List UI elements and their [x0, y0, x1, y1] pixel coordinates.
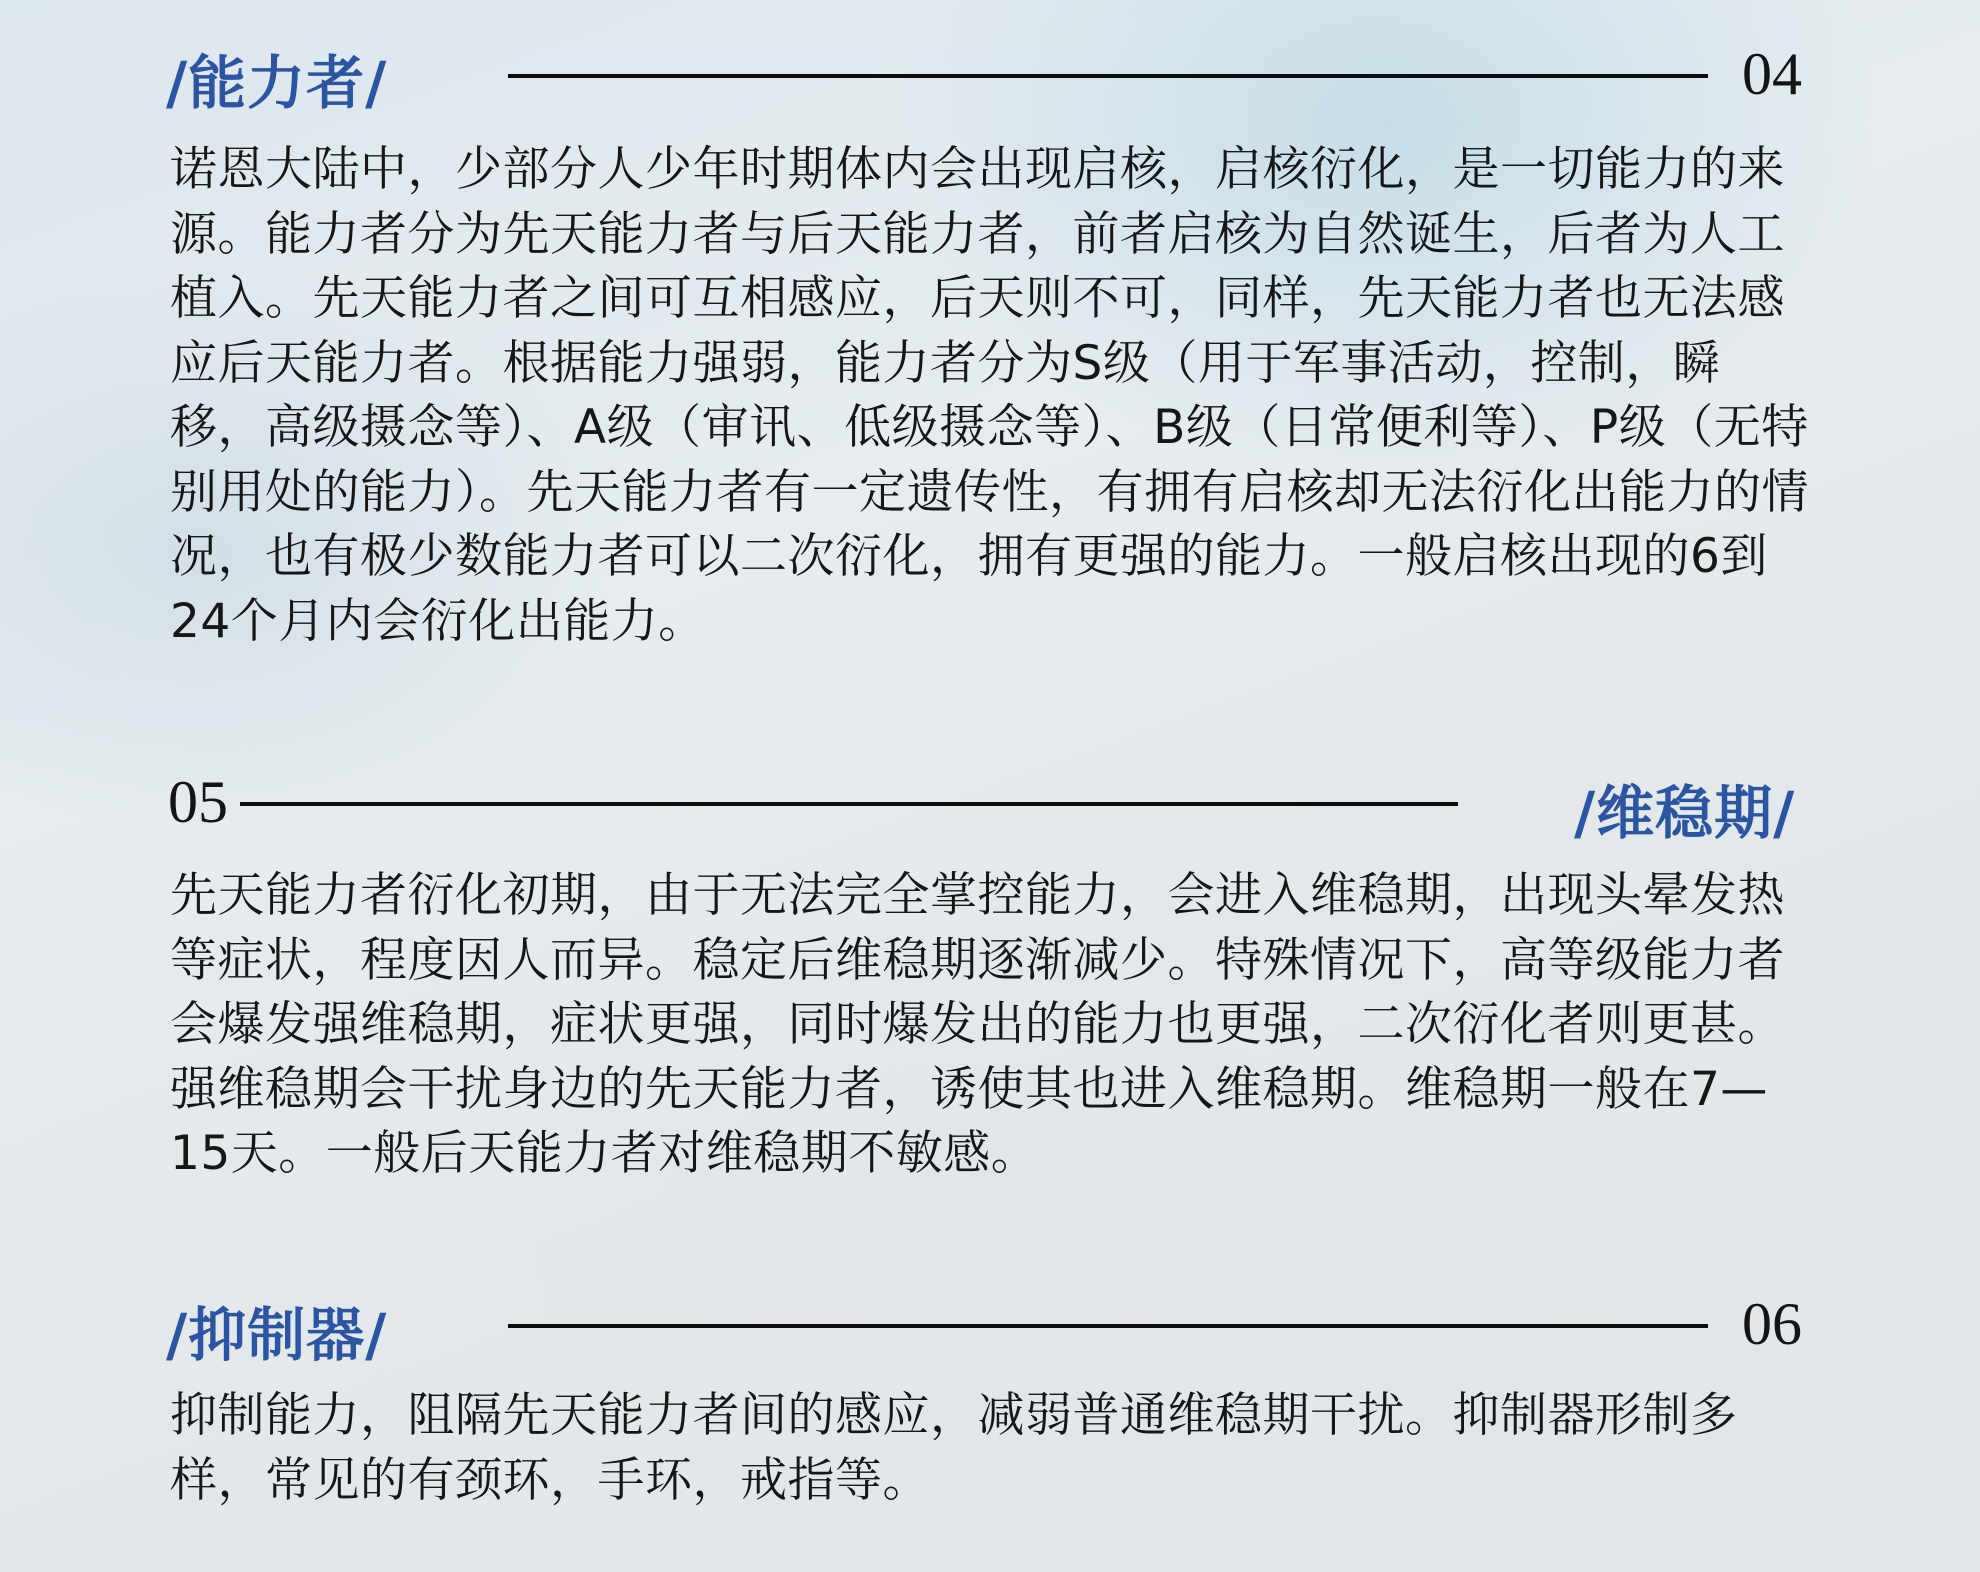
- section-number: 06: [1742, 1290, 1802, 1359]
- divider-line: [508, 74, 1708, 78]
- section-tag: /能力者/: [166, 36, 387, 120]
- section-header: /抑制器/ 06: [0, 1288, 1980, 1368]
- section-header: /能力者/ 04: [0, 36, 1980, 116]
- divider-line: [508, 1324, 1708, 1328]
- section-number: 04: [1742, 40, 1802, 109]
- divider-line: [240, 802, 1458, 806]
- section-tag: /抑制器/: [166, 1288, 387, 1372]
- section-number: 05: [168, 768, 228, 837]
- section-tag: /维稳期/: [1574, 766, 1795, 850]
- section-header: 05 /维稳期/: [0, 766, 1980, 846]
- section-body: 抑制能力，阻隔先天能力者间的感应，减弱普通维稳期干扰。抑制器形制多样，常见的有颈…: [170, 1384, 1810, 1513]
- section-body: 先天能力者衍化初期，由于无法完全掌控能力，会进入维稳期，出现头晕发热等症状，程度…: [170, 864, 1810, 1187]
- section-body: 诺恩大陆中，少部分人少年时期体内会出现启核，启核衍化，是一切能力的来源。能力者分…: [170, 138, 1810, 654]
